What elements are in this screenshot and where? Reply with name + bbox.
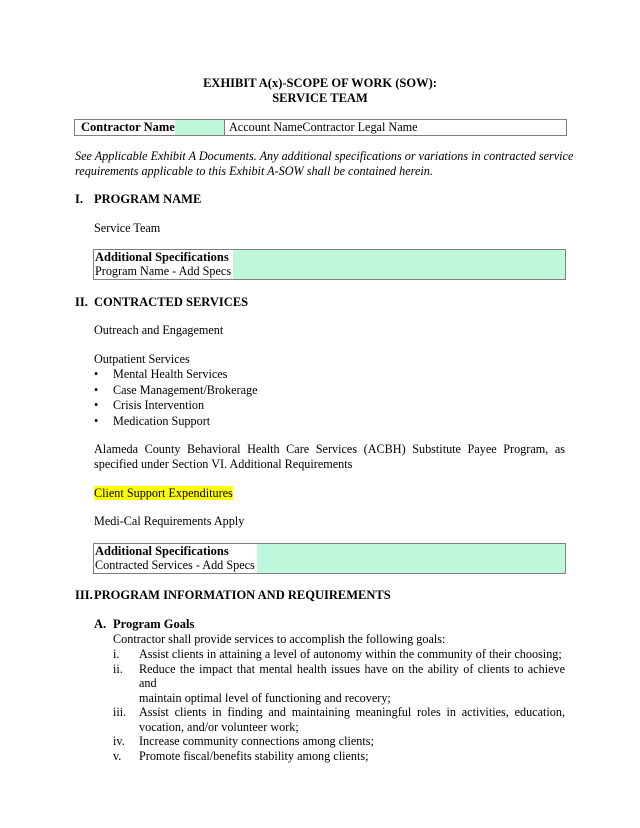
document-subtitle: SERVICE TEAM bbox=[0, 91, 640, 106]
list-item: ii. Reduce the impact that mental health… bbox=[113, 662, 565, 706]
bullet-icon: • bbox=[94, 398, 113, 414]
specs-title: Additional Specifications bbox=[95, 544, 229, 559]
intro-text-line1: See Applicable Exhibit A Documents. Any … bbox=[75, 149, 573, 165]
medi-cal-text: Medi-Cal Requirements Apply bbox=[94, 514, 244, 530]
outpatient-services-list: •Mental Health Services •Case Management… bbox=[94, 367, 258, 429]
section-2-heading: CONTRACTED SERVICES bbox=[94, 295, 248, 310]
client-support-expenditures: Client Support Expenditures bbox=[94, 486, 233, 500]
program-goals-intro: Contractor shall provide services to acc… bbox=[113, 632, 445, 648]
table-divider bbox=[224, 120, 225, 135]
list-item: •Case Management/Brokerage bbox=[94, 383, 258, 399]
section-2-number: II. bbox=[75, 295, 88, 310]
contractor-name-field-highlight[interactable] bbox=[175, 120, 224, 135]
list-item: iv. Increase community connections among… bbox=[113, 734, 565, 749]
acbh-text-line2: specified under Section VI. Additional R… bbox=[94, 457, 352, 473]
program-goals-list: i. Assist clients in attaining a level o… bbox=[113, 647, 565, 763]
list-item: •Mental Health Services bbox=[94, 367, 258, 383]
specs-title: Additional Specifications bbox=[95, 250, 229, 265]
section-1-number: I. bbox=[75, 192, 83, 207]
section-1-heading: PROGRAM NAME bbox=[94, 192, 201, 207]
bullet-icon: • bbox=[94, 383, 113, 399]
acbh-text-line1: Alameda County Behavioral Health Care Se… bbox=[94, 442, 565, 458]
contractor-name-table: Contractor Name Account NameContractor L… bbox=[74, 119, 567, 136]
contracted-services-specs-table: Additional Specifications Contracted Ser… bbox=[93, 543, 566, 574]
bullet-icon: • bbox=[94, 367, 113, 383]
subsection-a-number: A. bbox=[94, 617, 106, 632]
intro-text-line2: requirements applicable to this Exhibit … bbox=[75, 164, 433, 180]
program-name-text: Service Team bbox=[94, 221, 160, 237]
bullet-icon: • bbox=[94, 414, 113, 430]
section-3-heading: PROGRAM INFORMATION AND REQUIREMENTS bbox=[94, 588, 391, 603]
contractor-name-label: Contractor Name bbox=[81, 120, 175, 135]
list-item: v. Promote fiscal/benefits stability amo… bbox=[113, 749, 565, 764]
contracted-services-specs-field[interactable] bbox=[257, 544, 565, 573]
program-name-specs-table: Additional Specifications Program Name -… bbox=[93, 249, 566, 280]
specs-value: Contracted Services - Add Specs bbox=[95, 558, 255, 573]
document-title: EXHIBIT A(x)-SCOPE OF WORK (SOW): bbox=[0, 76, 640, 91]
program-name-specs-field[interactable] bbox=[233, 250, 565, 279]
outpatient-text: Outpatient Services bbox=[94, 352, 190, 368]
contractor-name-value[interactable]: Account NameContractor Legal Name bbox=[229, 120, 418, 135]
list-item: •Crisis Intervention bbox=[94, 398, 258, 414]
section-3-number: III. bbox=[75, 588, 93, 603]
list-item: iii. Assist clients in finding and maint… bbox=[113, 705, 565, 734]
list-item: i. Assist clients in attaining a level o… bbox=[113, 647, 565, 662]
list-item: •Medication Support bbox=[94, 414, 258, 430]
outreach-text: Outreach and Engagement bbox=[94, 323, 223, 339]
program-goals-heading: Program Goals bbox=[113, 617, 194, 632]
specs-value: Program Name - Add Specs bbox=[95, 264, 231, 279]
